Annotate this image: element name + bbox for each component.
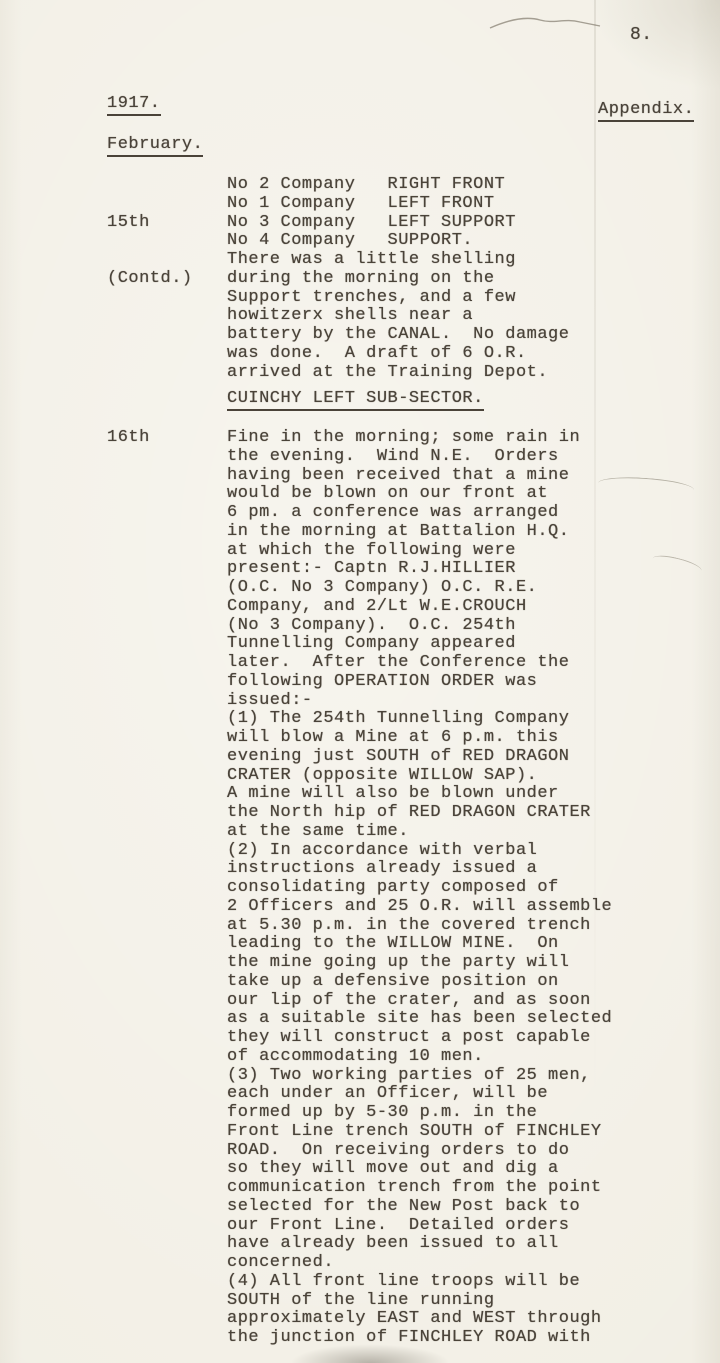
paper-corner-shade — [590, 0, 720, 90]
text-line: ROAD. On receiving orders to do — [227, 1142, 612, 1161]
text-line: the mine going up the party will — [227, 954, 612, 973]
text-line: No 2 Company RIGHT FRONT — [227, 176, 569, 195]
text-line: was done. A draft of 6 O.R. — [227, 345, 569, 364]
text-line: following OPERATION ORDER was — [227, 673, 612, 692]
text-line: There was a little shelling — [227, 251, 569, 270]
text-line: communication trench from the point — [227, 1179, 612, 1198]
text-line: (4) All front line troops will be — [227, 1273, 612, 1292]
text-line: A mine will also be blown under — [227, 785, 612, 804]
entry-date-15th-contd: (Contd.) — [107, 270, 193, 289]
text-line: will blow a Mine at 6 p.m. this — [227, 729, 612, 748]
text-line: of accommodating 10 men. — [227, 1048, 612, 1067]
text-line: Company, and 2/Lt W.E.CROUCH — [227, 598, 612, 617]
year-heading: 1917. — [107, 95, 161, 116]
text-line: Front Line trench SOUTH of FINCHLEY — [227, 1123, 612, 1142]
sector-heading: CUINCHY LEFT SUB-SECTOR. — [227, 390, 484, 411]
text-line: take up a defensive position on — [227, 973, 612, 992]
text-line: the evening. Wind N.E. Orders — [227, 448, 612, 467]
text-line: No 3 Company LEFT SUPPORT — [227, 214, 569, 233]
text-line: approximately EAST and WEST through — [227, 1310, 612, 1329]
text-line: (2) In accordance with verbal — [227, 842, 612, 861]
text-line: (O.C. No 3 Company) O.C. R.E. — [227, 579, 612, 598]
text-line: consolidating party composed of — [227, 879, 612, 898]
text-line: during the morning on the — [227, 270, 569, 289]
text-line: our Front Line. Detailed orders — [227, 1217, 612, 1236]
text-line: as a suitable site has been selected — [227, 1010, 612, 1029]
text-line: Tunnelling Company appeared — [227, 635, 612, 654]
text-line: arrived at the Training Depot. — [227, 364, 569, 383]
text-line: selected for the New Post back to — [227, 1198, 612, 1217]
appendix-text: Appendix. — [598, 101, 694, 122]
text-line: 2 Officers and 25 O.R. will assemble — [227, 898, 612, 917]
text-line: concerned. — [227, 1254, 612, 1273]
text-line: present:- Captn R.J.HILLIER — [227, 560, 612, 579]
paper: { "colors": { "paper": "#f2efe5", "ink":… — [0, 0, 720, 1363]
text-line: evening just SOUTH of RED DRAGON — [227, 748, 612, 767]
entry-16th-text: Fine in the morning; some rain inthe eve… — [227, 429, 612, 1348]
text-line: each under an Officer, will be — [227, 1085, 612, 1104]
text-line: SOUTH of the line running — [227, 1292, 612, 1311]
text-line: Fine in the morning; some rain in — [227, 429, 612, 448]
text-line: would be blown on our front at — [227, 485, 612, 504]
text-line: at which the following were — [227, 542, 612, 561]
sector-heading-text: CUINCHY LEFT SUB-SECTOR. — [227, 390, 484, 411]
text-line: later. After the Conference the — [227, 654, 612, 673]
text-line: leading to the WILLOW MINE. On — [227, 935, 612, 954]
text-line: battery by the CANAL. No damage — [227, 326, 569, 345]
month-text: February. — [107, 136, 203, 157]
text-line: the North hip of RED DRAGON CRATER — [227, 804, 612, 823]
pencil-scuff-mark — [651, 552, 703, 577]
text-line: they will construct a post capable — [227, 1029, 612, 1048]
text-line: 6 pm. a conference was arranged — [227, 504, 612, 523]
year-text: 1917. — [107, 95, 161, 116]
page-number: 8. — [630, 26, 653, 45]
text-line: at the same time. — [227, 823, 612, 842]
appendix-label: Appendix. — [598, 101, 694, 122]
text-line: CRATER (opposite WILLOW SAP). — [227, 767, 612, 786]
text-line: No 4 Company SUPPORT. — [227, 232, 569, 251]
entry-date-15th-label: 15th — [107, 214, 193, 233]
text-line: in the morning at Battalion H.Q. — [227, 523, 612, 542]
text-line: (1) The 254th Tunnelling Company — [227, 710, 612, 729]
text-line: having been received that a mine — [227, 467, 612, 486]
text-line: Support trenches, and a few — [227, 289, 569, 308]
text-line: so they will move out and dig a — [227, 1160, 612, 1179]
text-line: have already been issued to all — [227, 1235, 612, 1254]
text-line: (3) Two working parties of 25 men, — [227, 1067, 612, 1086]
text-line: No 1 Company LEFT FRONT — [227, 195, 569, 214]
entry-date-15th: 15th (Contd.) — [107, 176, 193, 307]
text-line: formed up by 5-30 p.m. in the — [227, 1104, 612, 1123]
text-line: howitzerx shells near a — [227, 307, 569, 326]
text-line: our lip of the crater, and as soon — [227, 992, 612, 1011]
entry-15th-text: No 2 Company RIGHT FRONTNo 1 Company LEF… — [227, 176, 569, 382]
month-heading: February. — [107, 136, 203, 157]
text-line: instructions already issued a — [227, 860, 612, 879]
text-line: at 5.30 p.m. in the covered trench — [227, 917, 612, 936]
text-line: (No 3 Company). O.C. 254th — [227, 617, 612, 636]
text-line: the junction of FINCHLEY ROAD with — [227, 1329, 612, 1348]
entry-date-16th: 16th — [107, 429, 150, 448]
text-line: issued:- — [227, 692, 612, 711]
